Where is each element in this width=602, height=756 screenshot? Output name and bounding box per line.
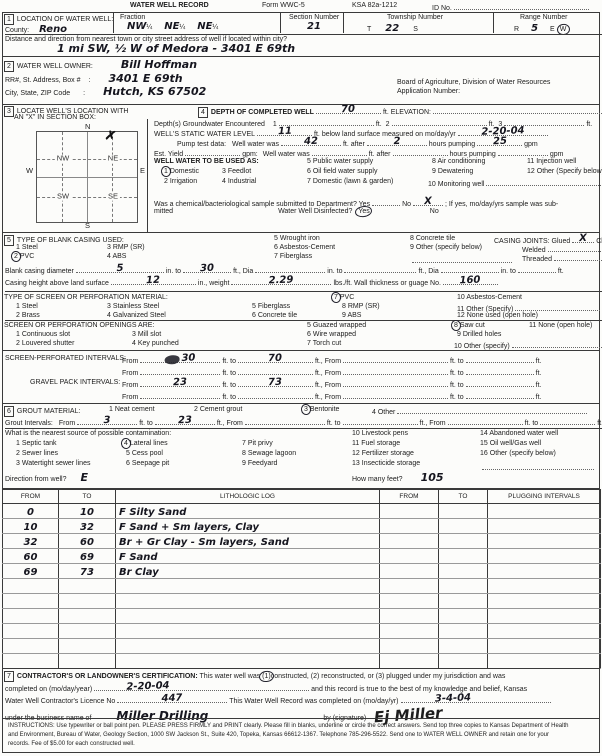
option-num: 2 [16,450,20,457]
cell-empty [488,564,601,579]
quarter-glyph: ¼ [212,24,218,31]
litho-row-empty [3,579,601,594]
weight-value: 2.29 [269,274,294,286]
dotted-blank [515,303,600,311]
litho-header-row: FROM TO LITHOLOGIC LOG FROM TO PLUGGING … [3,490,601,504]
static-level-mid: ft. below land surface measured on mo/da… [314,131,456,138]
openings-opt-8: 8 Saw cut [454,322,485,330]
option-label: Cement grout [200,406,242,413]
range-value: R5EW [514,23,566,35]
openings-opt-3: 3 Mill slot [132,331,161,339]
option-label: Monitoring well [438,181,485,188]
cell-empty [380,609,439,624]
chem-question: Was a chemical/bacteriological sample su… [154,201,370,208]
option-label: Dewatering [438,168,473,175]
cell-empty [488,504,601,519]
option-label: Saw cut [460,322,485,329]
option-label: Sewer lines [22,450,58,457]
completed-date-blank: 2-20-04 [94,683,309,691]
interval-blank [466,379,534,387]
option-label: Seepage pit [132,460,169,467]
pump-test-label: Pump test data: [177,141,226,148]
feet-value: 105 [421,471,444,484]
use-opt-3: 3 Feedlot [222,168,251,176]
threaded-blank [554,253,602,261]
option-num: 1 [16,331,20,338]
cert-text-1: This water well was [200,673,261,680]
divider [493,13,494,33]
cell-empty [488,609,601,624]
selected-option-circle: 2 [14,253,18,261]
option-num: 1 [109,406,113,413]
option-label: Fiberglass [280,253,312,260]
range-w-circled: W [560,26,567,34]
use-opt-11: 11 Injection well [527,158,576,166]
use-row-1: WELL WATER TO BE USED AS: [154,158,259,166]
lithologic-log-table: FROM TO LITHOLOGIC LOG FROM TO PLUGGING … [2,489,601,669]
option-num: 11 [352,440,359,447]
direction-row: Direction from well?E [5,472,88,485]
section5-intervals: SCREEN-PERFORATED INTERVALS: From 30ft. … [2,350,600,404]
cell-empty [488,639,601,654]
lithologic-log-section: FROM TO LITHOLOGIC LOG FROM TO PLUGGING … [2,488,600,669]
section-box: NW NE SW SE ✗ [36,131,138,223]
option-label: Domestic (lawn & garden) [313,178,394,185]
chem-no-x: X [424,195,432,207]
in-to-label: in. to [327,268,342,275]
ft-to-label: ft. to [450,358,464,365]
ft-to-label: ft. to [222,394,236,401]
option-num: 3 [16,460,20,467]
option-num: 9 [242,460,246,467]
option-label: Feedlot [228,168,251,175]
contam-opt-15: 15 Oil well/Gas well [480,440,541,448]
ft-to-label: ft. to [450,370,464,377]
cell-log: Br Clay [116,564,380,579]
interval-blank [466,391,534,399]
option-num: 10 [352,430,360,437]
contam-opt-6: 6 Seepage pit [126,460,169,468]
ft-label: ft. [558,268,564,275]
distance-hw: 1 mi SW, ½ W of Medora - 3401 E 69th [57,42,295,55]
casing-opt-9: 9 Other (specify below) [410,244,482,252]
grout-to-hw: 23 [178,414,192,426]
cell-empty [488,579,601,594]
ft-to-label: ft. to [450,382,464,389]
option-label: Insecticide storage [362,460,420,467]
gravel-pack-label: GRAVEL PACK INTERVALS: [30,379,120,387]
option-num: 11 [529,322,536,329]
cell-empty [3,579,59,594]
option-num: 6 [307,168,311,175]
cell-empty [380,624,439,639]
license-blank: 447 [117,695,227,703]
use-opt-12: 12 Other (Specify below) [527,168,602,176]
cell-to: 32 [59,519,116,534]
option-label: Industrial [228,178,256,185]
option-label: Torch cut [313,340,341,347]
range-label: Range Number [520,14,567,22]
diameter-label: Blank casing diameter [5,268,74,275]
county-label: County: [5,27,29,34]
cell-empty [439,654,488,669]
pumping-label: hours pumping [450,151,496,158]
cell-empty [59,609,116,624]
option-label: ABS [347,312,361,319]
contam-opt-7: 7 Pit privy [242,440,273,448]
section3-4: 3LOCATE WELL'S LOCATION WITH AN "X" IN S… [2,104,600,233]
option-num: 4 [124,440,128,447]
cell-empty [380,639,439,654]
cell-to: 69 [59,549,116,564]
option-label: Wrought iron [280,235,320,242]
address-row: RR#, St. Address, Box #:3401 E 69th [5,73,183,86]
cell-from: 32 [3,534,59,549]
ft-label: ft. [536,370,542,377]
township-label: Township Number [387,14,443,22]
record-completed-label: This Water Well Record was completed on … [229,698,398,705]
section6: 6GROUT MATERIAL: 1 Neat cement 2 Cement … [2,403,600,489]
gpm-label: gpm [550,151,564,158]
option-num: 9 [342,312,346,319]
divider [280,13,281,33]
weight-blank: 2.29 [231,277,331,285]
option-label: Bentonite [310,406,340,413]
contam-opt-9: 9 Feedyard [242,460,277,468]
grout-from-hw: 3 [104,414,111,426]
option-label: Domestic [170,168,199,175]
from-label: From [122,394,138,401]
openings-opt-9: 9 Drilled holes [457,331,501,339]
screen-opt-4: 4 Galvanized Steel [107,312,166,320]
option-label: Feedyard [248,460,278,467]
option-label: Other (specify below) [416,244,482,251]
interval-blank [343,355,448,363]
option-num: 12 [527,168,535,175]
col-from-2: FROM [380,490,439,504]
ft-to-label: ft. to [222,358,236,365]
screen-opt-10: 10 Asbestos-Cement [457,294,522,302]
cell-log: Br + Gr Clay - Sm layers, Sand [116,534,380,549]
form-title: WATER WELL RECORD [130,2,209,10]
ft-to-label: ft. to [222,370,236,377]
option-label: Injection well [536,158,576,165]
use-opt-6: 6 Oil field water supply [307,168,377,176]
casing-opt-4: 4 ABS [107,253,126,261]
option-label: Irrigation [170,178,197,185]
est-yield-label: Est. Yield [154,151,183,158]
chem-no-label: No [402,201,411,208]
water-well-record-form: WATER WELL RECORD Form WWC-5 KSA 82a-121… [0,0,602,756]
screen-intervals-row-1: From 30ft. to70ft., Fromft. toft. [122,355,542,366]
contam-opt-8: 8 Sewage lagoon [242,450,296,458]
gravel-intervals-row-2: Fromft. toft., Fromft. toft. [122,391,542,402]
casing-opt-7: 7 Fiberglass [274,253,312,261]
cell-empty [488,549,601,564]
from-label: From [59,420,75,427]
contam-opt-13: 13 Insecticide storage [352,460,420,468]
owner-title-text: WATER WELL OWNER: [17,63,93,70]
interval-blank [466,355,534,363]
well-location-x-mark: ✗ [104,128,118,145]
diameter-blank: 5 [76,265,164,273]
ft-from-label: ft., From [217,420,243,427]
openings-opt-6: 6 Wire wrapped [307,331,356,339]
ft-from-label: ft., From [315,370,341,377]
col-log: LITHOLOGIC LOG [116,490,380,504]
option-label: Septic tank [22,440,57,447]
in-to-label: in. to [166,268,181,275]
section3-title2: AN "X" IN SECTION BOX: [14,114,96,122]
constructed-circled: (1) [262,673,271,681]
direction-value: E [80,471,88,484]
option-num: 8 [410,235,414,242]
option-num: 15 [480,440,488,447]
ft-label: ft. [586,121,592,128]
from-label: From [122,382,138,389]
cell-empty [380,594,439,609]
cert-text-1b: constructed, (2) reconstructed, or (3) p… [271,673,506,680]
depth-row: 4DEPTH OF COMPLETED WELL70ft. ELEVATION: [198,106,602,118]
section-box-dash [62,132,63,222]
interval-blank: 73 [238,379,313,387]
sp-from-value: 30 [165,352,196,365]
static-date-blank: 2-20-04 [458,128,548,136]
section1: 1LOCATION OF WATER WELL: County: Reno Fr… [2,12,600,57]
option-label: Steel [22,244,38,251]
grout-intervals-label: Grout Intervals: [5,420,53,427]
cell-to: 73 [59,564,116,579]
cell-empty [59,594,116,609]
interval-blank: 23 [155,417,215,425]
section-box-hline [37,177,137,178]
ft-from-label: ft., From [420,420,446,427]
est-depth-blank [312,148,367,156]
interval-blank [343,367,448,375]
litho-row-empty [3,624,601,639]
pumping-label: hours pumping [429,141,475,148]
pump-gpm-blank: 25 [477,138,522,146]
dotted-blank [344,265,416,273]
litho-row-empty [3,639,601,654]
option-label: Public water supply [313,158,373,165]
option-num: 2 [16,312,20,319]
section2: 2WATER WELL OWNER:Bill Hoffman RR#, St. … [2,56,600,105]
cell-empty [116,639,380,654]
option-label: None (open hole) [538,322,592,329]
cell-empty [439,519,488,534]
openings-opt-4: 4 Key punched [132,340,179,348]
selected-option-circle: 8 [454,322,458,330]
cell-empty [380,579,439,594]
gw-2: 2 [386,121,390,128]
est-gpm-blank [498,148,548,156]
option-label: Fiberglass [258,303,290,310]
option-label: Galvanized Steel [113,312,166,319]
divider [5,34,602,35]
openings-opt-7: 7 Torch cut [307,340,341,348]
section6-num: 6 [4,406,14,417]
fraction-1: NW [127,21,146,32]
col-to: TO [59,490,116,504]
cell-empty [380,549,439,564]
grout-title-text: GROUT MATERIAL: [17,408,81,415]
option-num: 12 [352,450,360,457]
option-label: Other (Specify below) [537,168,602,175]
weight-label: in., weight [198,280,230,287]
cell-empty [439,639,488,654]
casing-height-row: Casing height above land surface12in., w… [5,277,500,288]
option-num: 8 [432,158,436,165]
chem-no-blank: X [413,198,443,206]
option-label: Steel [22,303,38,310]
constructed-num: (1) [262,673,271,680]
cell-empty [59,624,116,639]
owner-value: Bill Hoffman [121,58,197,71]
gw-blank [279,118,374,126]
divider [147,119,148,233]
contam-opt-10: 10 Livestock pens [352,430,408,438]
screen-opt-8: 8 RMP (SR) [342,303,380,311]
cell-empty [439,534,488,549]
screen-opt-7: 7 PVC [334,294,354,302]
owner-title: 2WATER WELL OWNER:Bill Hoffman [4,59,197,72]
screen-intervals-label: SCREEN-PERFORATED INTERVALS: [5,355,126,363]
option-num: 8 [242,450,246,457]
option-num: 1 [16,303,20,310]
screen-opt-3: 3 Stainless Steel [107,303,159,311]
colon: : [88,77,90,84]
cell-empty [59,579,116,594]
license-value: 447 [162,692,183,704]
selected-option-circle: 4 [124,440,128,448]
form-ksa: KSA 82a-1212 [352,2,397,10]
use-opt-1: 1 Domestic [164,168,199,176]
option-num: 6 [274,244,278,251]
section5: 5TYPE OF BLANK CASING USED: 5 Wrought ir… [2,232,600,351]
dotted-blank [255,265,325,273]
selected-option-circle: 3 [304,406,308,414]
interval-blank: 70 [238,355,313,363]
cell-from: 69 [3,564,59,579]
option-num: 7 [334,294,338,301]
elevation-blank [433,106,602,114]
use-opt-8: 8 Air conditioning [432,158,485,166]
interval-blank [238,367,313,375]
certification-line-1: 7CONTRACTOR'S OR LANDOWNER'S CERTIFICATI… [4,671,505,682]
section3-num: 3 [4,106,14,117]
litho-row: 6069F Sand [3,549,601,564]
option-label: ABS [112,253,126,260]
form-number: Form WWC-5 [262,2,305,10]
option-label: Other [378,409,396,416]
option-num: 4 [107,253,111,260]
ft-to-label: ft. to [139,420,153,427]
township-hw: 22 [385,23,399,34]
disinfect-label: Water Well Disinfected? [278,208,352,215]
range-r: R [514,26,519,33]
cell-empty [488,519,601,534]
glued-blank: X [572,235,594,243]
contam-opt-1: 1 Septic tank [16,440,57,448]
record-date-blank: 3-4-04 [401,695,551,703]
chem-yes-blank [372,198,400,206]
cell-empty [439,624,488,639]
ft-label: ft. [536,358,542,365]
cell-from: 10 [3,519,59,534]
after-label: ft. after [343,141,365,148]
ft-label: ft. [597,420,602,427]
interval-blank [343,379,448,387]
option-label: Wire wrapped [313,331,356,338]
option-label: Pit privy [248,440,273,447]
openings-opt-1: 1 Continuous slot [16,331,70,339]
gw-blank [392,118,487,126]
chem-sample-row-2: mittedWater Well Disinfected?YesNo [154,208,439,216]
est-gpm-label: gpm: [242,151,258,158]
static-level-blank: 11 [257,128,312,136]
completed-label: completed on (mo/day/year) [5,686,92,693]
cell-from: 60 [3,549,59,564]
ft-label: ft. [536,382,542,389]
casing-opt-8: 8 Concrete tile [410,235,455,243]
pump-hours-value: 2 [393,135,400,147]
dotted-blank [412,255,512,263]
depth-value: 70 [341,103,355,115]
scribble-mark [165,354,180,364]
static-level-value: 11 [277,125,291,137]
pump-gpm-value: 25 [492,135,506,147]
option-num: 4 [372,409,376,416]
option-num: 13 [352,460,360,467]
cell-empty [380,504,439,519]
option-num: 3 [222,168,226,175]
option-label: RMP (SR) [113,244,145,251]
option-label: Brass [22,312,40,319]
threaded-row: Threaded [522,253,602,264]
use-label: WELL WATER TO BE USED AS: [154,158,259,165]
cell-empty [380,564,439,579]
range-e: E [550,26,555,33]
option-num: 6 [126,460,130,467]
grout-title: 6GROUT MATERIAL: [4,406,80,417]
option-label: Other (specify) [464,343,510,350]
grout-opt-2: 2 Cement grout [194,406,242,414]
option-num: 2 [164,178,168,185]
option-num: 10 [428,181,436,188]
selected-option-circle: 1 [164,168,168,176]
option-num: 5 [307,322,311,329]
option-label: Continuous slot [22,331,70,338]
divider [5,428,602,429]
contam-other-blank [480,462,596,473]
in-to-label: in. to [501,268,516,275]
disinfect-yes-circled: Yes [358,208,369,216]
colon: : [83,90,85,97]
casing-title-text: TYPE OF BLANK CASING USED: [17,237,124,244]
option-num: 7 [307,340,311,347]
use-opt-10: 10 Monitoring well [428,178,602,189]
option-num: 2 [194,406,198,413]
fraction-2: NE [164,21,179,32]
option-num: 10 [454,343,462,350]
completed-date-value: 2-20-04 [126,680,169,693]
ft-to-label: ft. to [327,420,341,427]
chem-rest: ; If yes, mo/day/yrs sample was sub- [445,201,558,208]
screen-opt-6: 6 Concrete tile [252,312,297,320]
option-label: Concrete tile [258,312,297,319]
cell-empty [488,534,601,549]
